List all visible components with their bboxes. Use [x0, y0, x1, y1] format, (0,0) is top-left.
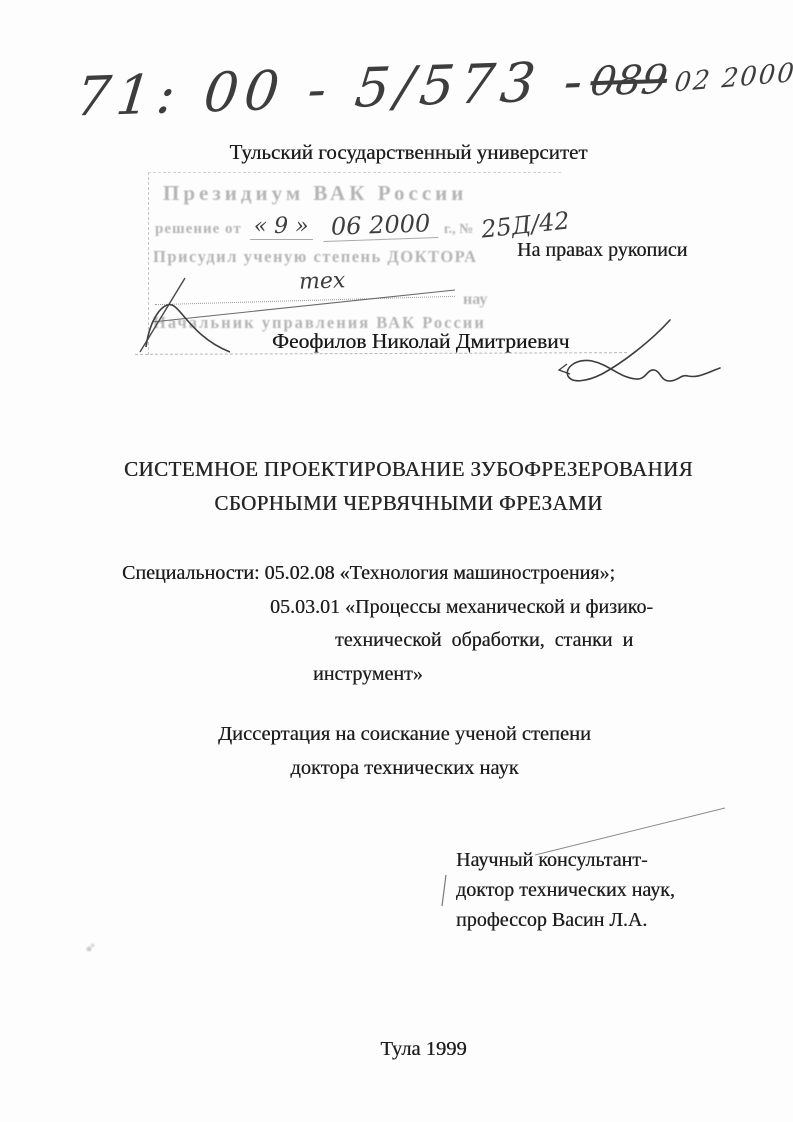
manuscript-note: На правах рукописи: [517, 239, 687, 262]
accession-number-tail: 02 2000-0573/45: [673, 47, 793, 99]
stamp-org-line: Президиум ВАК России: [163, 181, 467, 206]
stamp-degree-line: Присудил ученую степень ДОКТОРА: [153, 247, 478, 267]
thesis-line-2: доктора технических наук: [16, 751, 793, 785]
scanned-title-page: 71: 00 - 5/573 - 089 02 2000-0573/45 Тул…: [0, 0, 793, 1122]
specialty-line-1: Специальности: 05.02.08 «Технология маши…: [122, 557, 653, 591]
accession-number-struck: 089: [588, 57, 671, 106]
stamp-decision-mid: г., №: [444, 222, 473, 238]
footer-city-year: Тула 1999: [0, 1038, 793, 1061]
author-signature: [552, 314, 727, 392]
consultant-line-3: профессор Васин Л.А.: [456, 905, 675, 935]
stamp-decision-day: « 9 »: [250, 214, 313, 240]
accession-number-main: 71: 00 - 5/573 -: [73, 49, 592, 128]
consultant-line-2: доктор технических наук,: [456, 875, 675, 905]
specialty-line-3: технической обработки, станки и: [335, 624, 653, 658]
stamp-decision-line: решение от « 9 » 06 2000 г., № 25Д/42: [155, 211, 570, 240]
university-name: Тульский государственный университет: [0, 140, 793, 165]
specialties-block: Специальности: 05.02.08 «Технология маши…: [122, 557, 653, 691]
stamp-decision-number: 25Д/42: [480, 206, 571, 243]
consultant-line-1: Научный консультант-: [456, 845, 675, 875]
title-line-2: СБОРНЫМИ ЧЕРВЯЧНЫМИ ФРЕЗАМИ: [24, 486, 793, 520]
stamp-decision-date: 06 2000: [322, 209, 438, 242]
specialty-line-2: 05.03.01 «Процессы механической и физико…: [270, 591, 653, 625]
title-line-1: СИСТЕМНОЕ ПРОЕКТИРОВАНИЕ ЗУБОФРЕЗЕРОВАНИ…: [24, 452, 793, 486]
consultant-block: Научный консультант- доктор технических …: [456, 845, 675, 935]
specialty-line-4: инструмент»: [313, 658, 653, 692]
dissertation-title: СИСТЕМНОЕ ПРОЕКТИРОВАНИЕ ЗУБОФРЕЗЕРОВАНИ…: [0, 452, 793, 520]
accession-number: 71: 00 - 5/573 - 089 02 2000-0573/45: [75, 39, 793, 129]
thesis-line-1: Диссертация на соискание ученой степени: [16, 717, 793, 751]
thesis-statement: Диссертация на соискание ученой степени …: [0, 717, 793, 785]
scan-speck: [80, 940, 98, 958]
stamp-decision-prefix: решение от: [155, 221, 242, 238]
author-name: Феофилов Николай Дмитриевич: [272, 329, 569, 354]
